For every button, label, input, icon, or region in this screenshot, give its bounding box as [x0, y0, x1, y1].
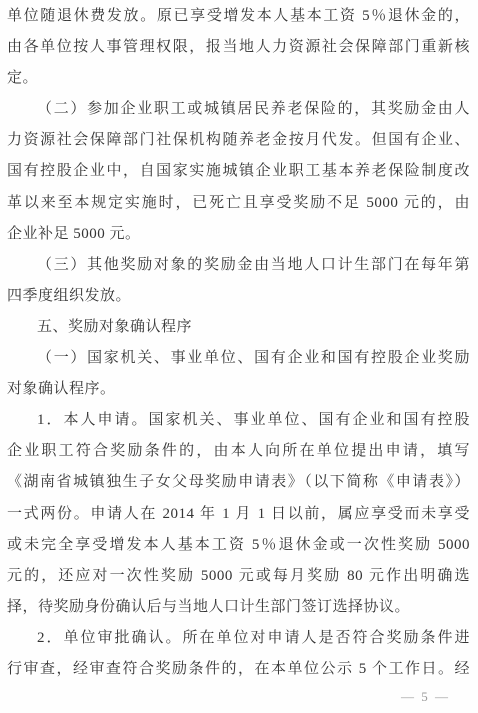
text-line: 四季度组织发放。 [7, 281, 470, 312]
text-line: 国有控股企业中，自国家实施城镇企业职工基本养老保险制度改 [7, 156, 470, 187]
text-line: 对象确认程序。 [7, 374, 470, 405]
text-line: 五、奖励对象确认程序 [7, 312, 470, 343]
text-line: 企业补足 5000 元。 [7, 219, 470, 250]
document-page: 单位随退休费发放。原已享受增发本人基本工资 5％退休金的，由各单位按人事管理权限… [0, 0, 478, 713]
text-line: 一式两份。申请人在 2014 年 1 月 1 日以前，属应享受而未享受 [7, 499, 470, 530]
text-line: 1．本人申请。国家机关、事业单位、国有企业和国有控股 [7, 405, 470, 436]
text-line: 力资源社会保障部门社保机构随养老金按月代发。但国有企业、 [7, 125, 470, 156]
text-line: 单位随退休费发放。原已享受增发本人基本工资 5％退休金的， [7, 1, 470, 32]
text-line: （二）参加企业职工或城镇居民养老保险的，其奖励金由人 [7, 94, 470, 125]
text-line: 《湖南省城镇独生子女父母奖励申请表》（以下简称《申请表》） [7, 467, 470, 498]
text-line: 或未完全享受增发本人基本工资 5％退休金或一次性奖励 5000 [7, 530, 470, 561]
text-line: （一）国家机关、事业单位、国有企业和国有控股企业奖励 [7, 343, 470, 374]
text-line: 行审查，经审查符合奖励条件的，在本单位公示 5 个工作日。经 [7, 654, 470, 685]
text-line: 定。 [7, 63, 470, 94]
text-line: 元的，还应对一次性奖励 5000 元或每月奖励 80 元作出明确选 [7, 561, 470, 592]
text-line: 革以来至本规定实施时，已死亡且享受奖励不足 5000 元的，由 [7, 188, 470, 219]
text-line: 企业职工符合奖励条件的，由本人向所在单位提出申请，填写 [7, 436, 470, 467]
document-body: 单位随退休费发放。原已享受增发本人基本工资 5％退休金的，由各单位按人事管理权限… [7, 1, 470, 685]
text-line: （三）其他奖励对象的奖励金由当地人口计生部门在每年第 [7, 250, 470, 281]
text-line: 2．单位审批确认。所在单位对申请人是否符合奖励条件进 [7, 623, 470, 654]
page-number: — 5 — [401, 689, 450, 704]
text-line: 由各单位按人事管理权限，报当地人力资源社会保障部门重新核 [7, 32, 470, 63]
text-line: 择，待奖励身份确认后与当地人口计生部门签订选择协议。 [7, 592, 470, 623]
